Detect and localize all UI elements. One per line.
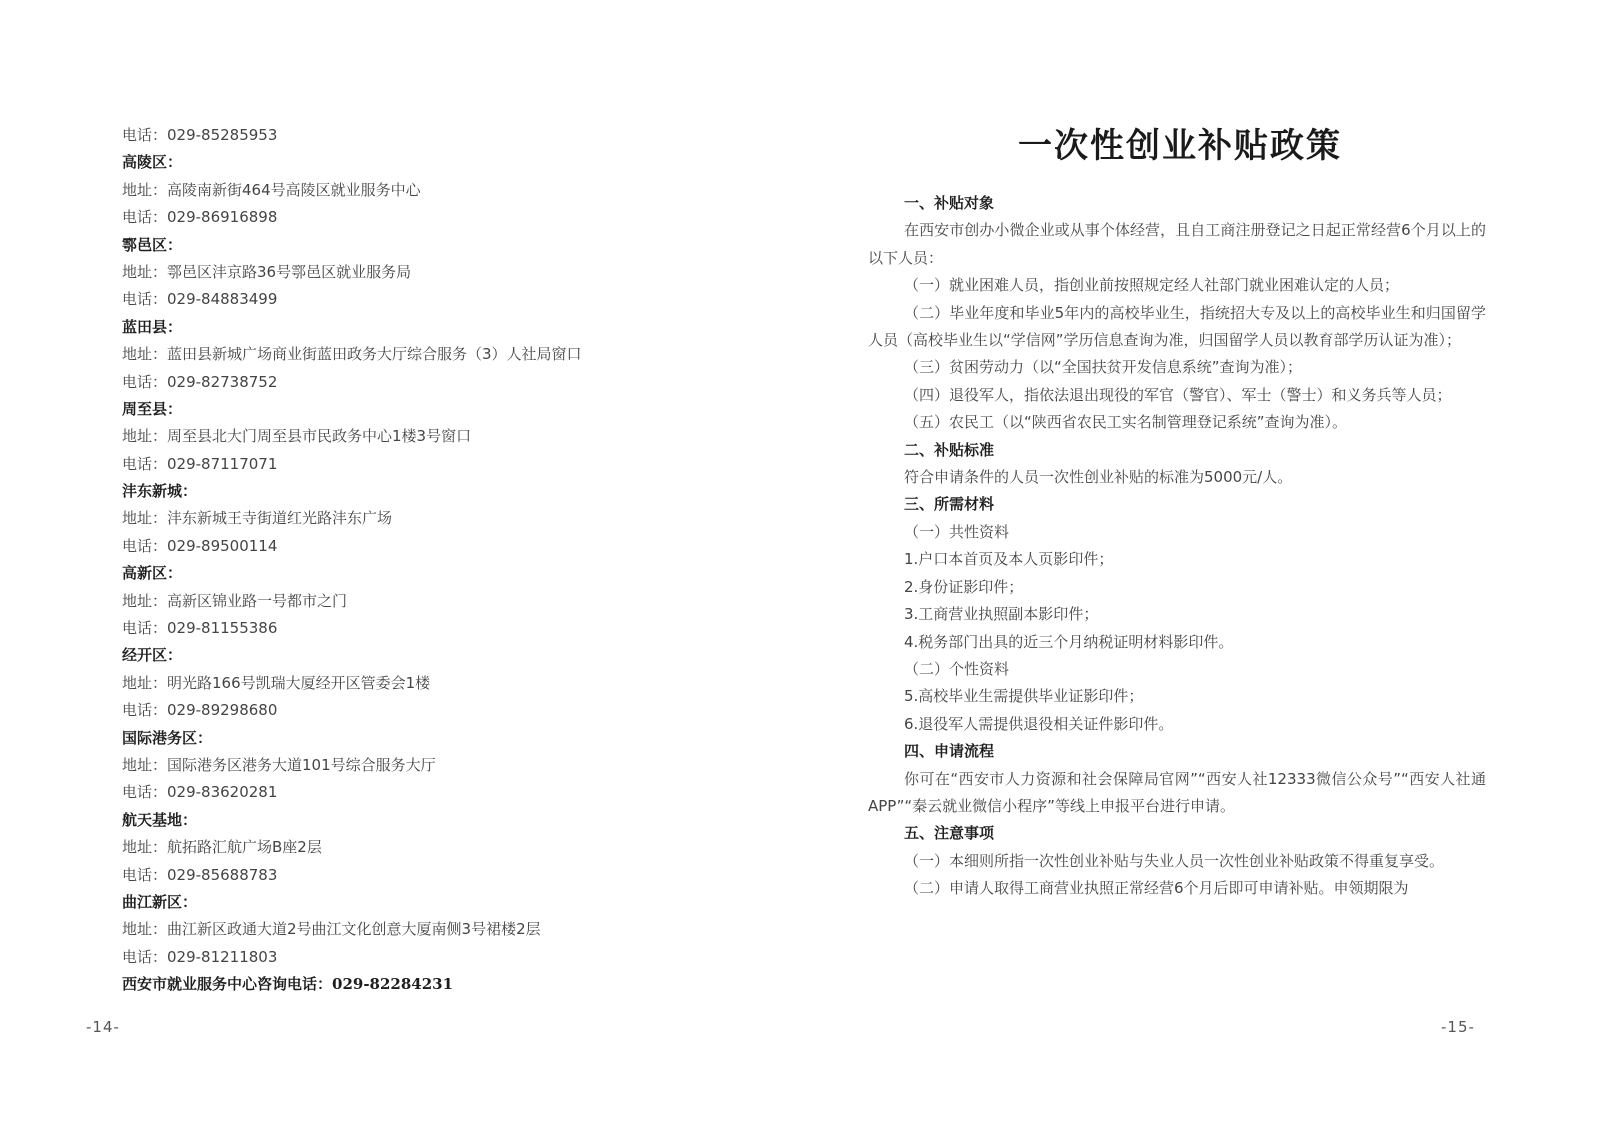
phone-line: 电话：029-86916898 bbox=[122, 204, 742, 231]
paragraph: （三）贫困劳动力（以“全国扶贫开发信息系统”查询为准）； bbox=[868, 354, 1486, 381]
address-line: 地址：高陵南新街464号高陵区就业服务中心 bbox=[122, 177, 742, 204]
district-heading: 蓝田县： bbox=[122, 314, 742, 341]
phone-line: 电话：029-85285953 bbox=[122, 122, 742, 149]
service-contacts-list: 电话：029-85285953 高陵区： 地址：高陵南新街464号高陵区就业服务… bbox=[122, 122, 742, 999]
page-left: 电话：029-85285953 高陵区： 地址：高陵南新街464号高陵区就业服务… bbox=[0, 0, 800, 1142]
phone-line: 电话：029-81211803 bbox=[122, 944, 742, 971]
page-number: -14- bbox=[86, 1018, 120, 1036]
phone-line: 电话：029-82738752 bbox=[122, 369, 742, 396]
address-line: 地址：国际港务区港务大道101号综合服务大厅 bbox=[122, 752, 742, 779]
paragraph: （二）毕业年度和毕业5年内的高校毕业生，指统招大专及以上的高校毕业生和归国留学人… bbox=[868, 300, 1486, 355]
phone-line: 电话：029-85688783 bbox=[122, 862, 742, 889]
consultation-hotline: 西安市就业服务中心咨询电话：029-82284231 bbox=[122, 971, 742, 998]
paragraph: 符合申请条件的人员一次性创业补贴的标准为5000元/人。 bbox=[868, 464, 1486, 491]
district-heading: 周至县： bbox=[122, 396, 742, 423]
phone-line: 电话：029-87117071 bbox=[122, 451, 742, 478]
district-heading: 沣东新城： bbox=[122, 478, 742, 505]
paragraph: 在西安市创办小微企业或从事个体经营，且自工商注册登记之日起正常经营6个月以上的以… bbox=[868, 217, 1486, 272]
phone-line: 电话：029-81155386 bbox=[122, 615, 742, 642]
address-line: 地址：高新区锦业路一号都市之门 bbox=[122, 588, 742, 615]
list-item: 4.税务部门出具的近三个月纳税证明材料影印件。 bbox=[868, 629, 1486, 656]
phone-line: 电话：029-89500114 bbox=[122, 533, 742, 560]
district-heading: 鄠邑区： bbox=[122, 232, 742, 259]
phone-line: 电话：029-89298680 bbox=[122, 697, 742, 724]
subsection-label: （一）共性资料 bbox=[868, 519, 1486, 546]
paragraph: 你可在“西安市人力资源和社会保障局官网”“西安人社12333微信公众号”“西安人… bbox=[868, 766, 1486, 821]
page-number: -15- bbox=[1441, 1018, 1475, 1036]
address-line: 地址：沣东新城王寺街道红光路沣东广场 bbox=[122, 505, 742, 532]
list-item: 6.退役军人需提供退役相关证件影印件。 bbox=[868, 711, 1486, 738]
district-heading: 高新区： bbox=[122, 560, 742, 587]
list-item: 2.身份证影印件； bbox=[868, 574, 1486, 601]
address-line: 地址：明光路166号凯瑞大厦经开区管委会1楼 bbox=[122, 670, 742, 697]
list-item: 1.户口本首页及本人页影印件； bbox=[868, 546, 1486, 573]
phone-line: 电话：029-83620281 bbox=[122, 779, 742, 806]
subsection-label: （二）个性资料 bbox=[868, 656, 1486, 683]
district-heading: 高陵区： bbox=[122, 149, 742, 176]
section-heading: 一、补贴对象 bbox=[868, 190, 1486, 217]
district-heading: 经开区： bbox=[122, 642, 742, 669]
address-line: 地址：周至县北大门周至县市民政务中心1楼3号窗口 bbox=[122, 423, 742, 450]
section-heading: 三、所需材料 bbox=[868, 491, 1486, 518]
paragraph: （一）本细则所指一次性创业补贴与失业人员一次性创业补贴政策不得重复享受。 bbox=[868, 848, 1486, 875]
address-line: 地址：鄠邑区沣京路36号鄠邑区就业服务局 bbox=[122, 259, 742, 286]
list-item: 5.高校毕业生需提供毕业证影印件； bbox=[868, 683, 1486, 710]
phone-line: 电话：029-84883499 bbox=[122, 286, 742, 313]
section-heading: 二、补贴标准 bbox=[868, 437, 1486, 464]
paragraph: （五）农民工（以“陕西省农民工实名制管理登记系统”查询为准）。 bbox=[868, 409, 1486, 436]
page-right: 一次性创业补贴政策 一、补贴对象 在西安市创办小微企业或从事个体经营，且自工商注… bbox=[800, 0, 1600, 1142]
paragraph: （四）退役军人，指依法退出现役的军官（警官）、军士（警士）和义务兵等人员； bbox=[868, 382, 1486, 409]
policy-body: 一、补贴对象 在西安市创办小微企业或从事个体经营，且自工商注册登记之日起正常经营… bbox=[868, 190, 1486, 903]
address-line: 地址：曲江新区政通大道2号曲江文化创意大厦南侧3号裙楼2层 bbox=[122, 916, 742, 943]
section-heading: 四、申请流程 bbox=[868, 738, 1486, 765]
address-line: 地址：蓝田县新城广场商业街蓝田政务大厅综合服务（3）人社局窗口 bbox=[122, 341, 742, 368]
document-title: 一次性创业补贴政策 bbox=[800, 118, 1560, 167]
district-heading: 航天基地： bbox=[122, 807, 742, 834]
district-heading: 国际港务区： bbox=[122, 725, 742, 752]
district-heading: 曲江新区： bbox=[122, 889, 742, 916]
paragraph: （一）就业困难人员，指创业前按照规定经人社部门就业困难认定的人员； bbox=[868, 272, 1486, 299]
address-line: 地址：航拓路汇航广场B座2层 bbox=[122, 834, 742, 861]
list-item: 3.工商营业执照副本影印件； bbox=[868, 601, 1486, 628]
section-heading: 五、注意事项 bbox=[868, 820, 1486, 847]
paragraph: （二）申请人取得工商营业执照正常经营6个月后即可申请补贴。申领期限为 bbox=[868, 875, 1486, 902]
